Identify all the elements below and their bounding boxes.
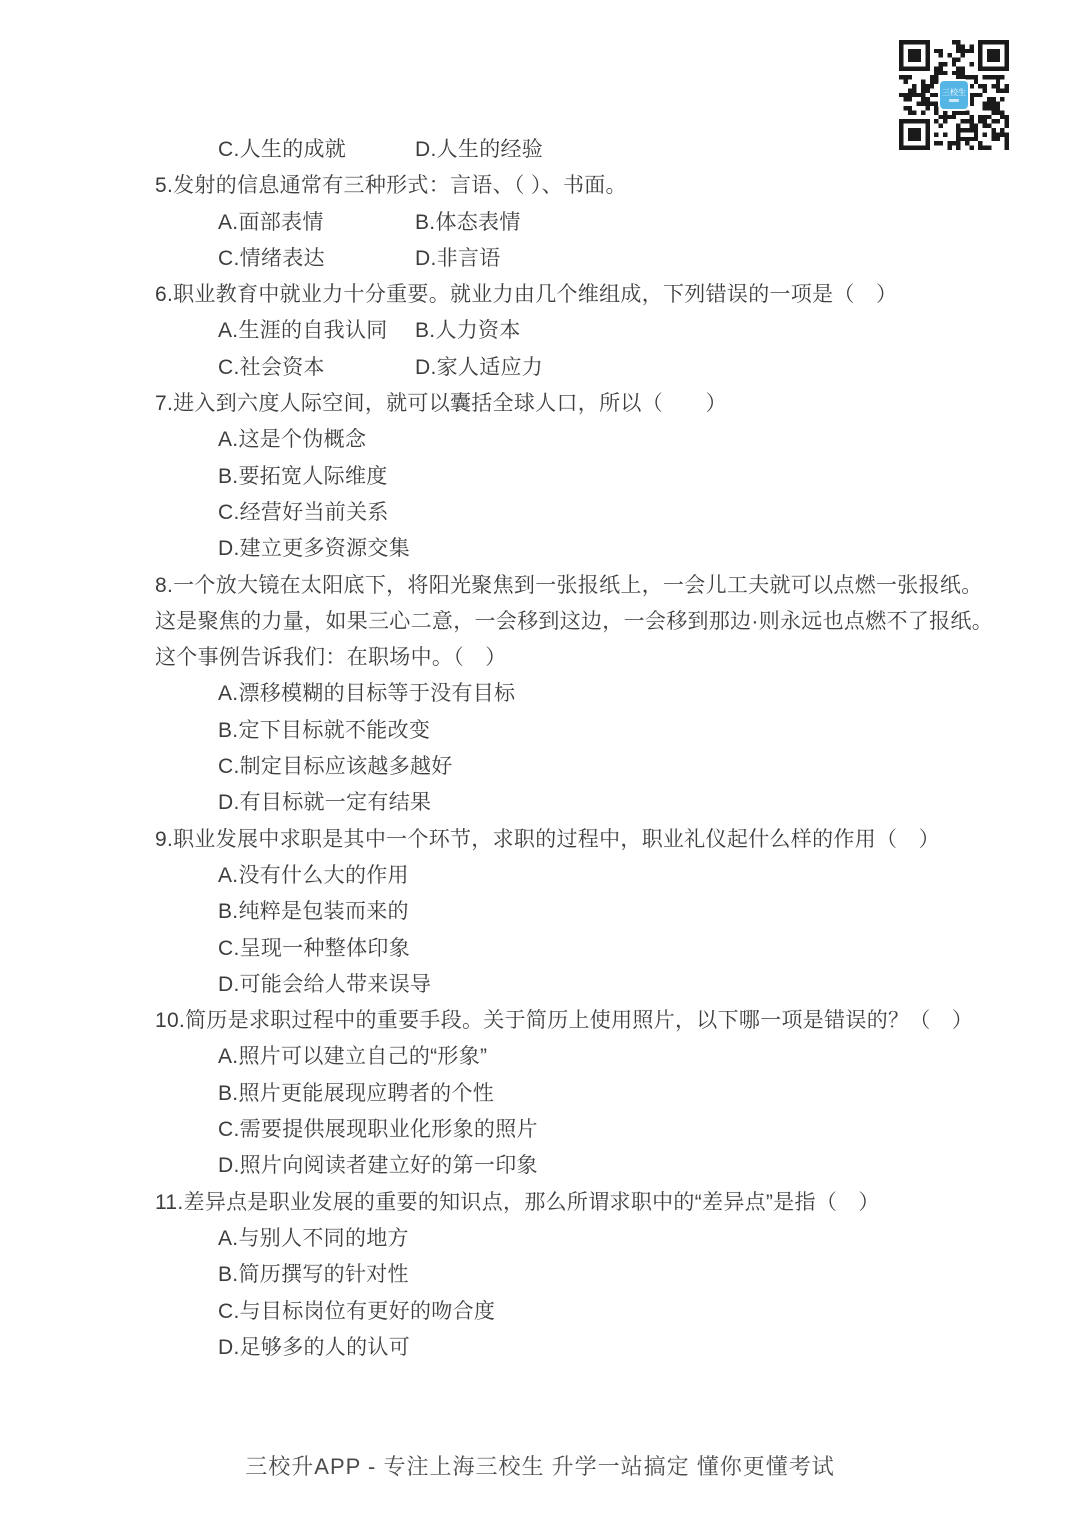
- question-text: 10.简历是求职过程中的重要手段。关于简历上使用照片，以下哪一项是错误的？（ ）: [0, 1003, 1080, 1039]
- option-b: B.体态表情: [415, 211, 521, 234]
- option-c: C.需要提供展现职业化形象的照片: [218, 1118, 538, 1141]
- option-a: A.漂移模糊的目标等于没有目标: [218, 682, 515, 705]
- option-b: B.照片更能展现应聘者的个性: [218, 1082, 494, 1105]
- option-d: D.人生的经验: [415, 138, 543, 161]
- option-c: C.呈现一种整体印象: [218, 937, 410, 960]
- option-row: A.生涯的自我认同B.人力资本: [0, 313, 1080, 349]
- option-row: C.经营好当前关系: [0, 495, 1080, 531]
- option-row: B.纯粹是包装而来的: [0, 894, 1080, 930]
- option-row: A.照片可以建立自己的“形象”: [0, 1039, 1080, 1075]
- option-row: C.情绪表达D.非言语: [0, 241, 1080, 277]
- option-a: A.生涯的自我认同: [218, 313, 415, 349]
- option-b: B.要拓宽人际维度: [218, 465, 388, 488]
- option-row: D.足够多的人的认可: [0, 1330, 1080, 1366]
- option-d: D.建立更多资源交集: [218, 537, 410, 560]
- option-a: A.与别人不同的地方: [218, 1227, 409, 1250]
- question-text: 11.差异点是职业发展的重要的知识点，那么所谓求职中的“差异点”是指（ ）: [0, 1185, 1080, 1221]
- option-row: C.制定目标应该越多越好: [0, 749, 1080, 785]
- option-row: A.面部表情B.体态表情: [0, 205, 1080, 241]
- footer-text: 三校升APP - 专注上海三校生 升学一站搞定 懂你更懂考试: [0, 1450, 1080, 1481]
- option-row: A.漂移模糊的目标等于没有目标: [0, 676, 1080, 712]
- option-row: B.要拓宽人际维度: [0, 459, 1080, 495]
- option-b: B.简历撰写的针对性: [218, 1263, 409, 1286]
- exam-page: 三校生 C.人生的成就D.人生的经验 5.发射的信息通常有三种形式：言语、（ ）…: [0, 0, 1080, 1527]
- option-d: D.非言语: [415, 247, 501, 270]
- option-row: D.建立更多资源交集: [0, 531, 1080, 567]
- question-text: 这是聚焦的力量，如果三心二意，一会移到这边，一会移到那边·则永远也点燃不了报纸。: [0, 604, 1080, 640]
- qr-logo: 三校生: [938, 79, 970, 111]
- option-row: B.定下目标就不能改变: [0, 713, 1080, 749]
- qr-logo-text: 三校生: [942, 88, 966, 97]
- option-d: D.家人适应力: [415, 356, 543, 379]
- option-c: C.社会资本: [218, 350, 415, 386]
- option-a: A.面部表情: [218, 205, 415, 241]
- option-row: B.照片更能展现应聘者的个性: [0, 1076, 1080, 1112]
- option-b: B.纯粹是包装而来的: [218, 900, 409, 923]
- option-c: C.情绪表达: [218, 241, 415, 277]
- option-c: C.与目标岗位有更好的吻合度: [218, 1300, 495, 1323]
- qr-code: 三校生: [899, 40, 1009, 150]
- option-row: D.照片向阅读者建立好的第一印象: [0, 1148, 1080, 1184]
- question-text: 9.职业发展中求职是其中一个环节，求职的过程中，职业礼仪起什么样的作用（ ）: [0, 822, 1080, 858]
- option-row: C.社会资本D.家人适应力: [0, 350, 1080, 386]
- question-text: 这个事例告诉我们：在职场中。（ ）: [0, 640, 1080, 676]
- question-text: 5.发射的信息通常有三种形式：言语、（ ）、书面。: [0, 168, 1080, 204]
- option-c: C.经营好当前关系: [218, 501, 389, 524]
- option-c: C.人生的成就: [218, 132, 415, 168]
- option-a: A.照片可以建立自己的“形象”: [218, 1045, 487, 1068]
- option-b: B.定下目标就不能改变: [218, 719, 430, 742]
- option-a: A.没有什么大的作用: [218, 864, 409, 887]
- question-text: 6.职业教育中就业力十分重要。就业力由几个维组成，下列错误的一项是（ ）: [0, 277, 1080, 313]
- option-d: D.足够多的人的认可: [218, 1336, 410, 1359]
- question-text: 7.进入到六度人际空间，就可以囊括全球人口，所以（ ）: [0, 386, 1080, 422]
- option-row: C.与目标岗位有更好的吻合度: [0, 1294, 1080, 1330]
- option-d: D.可能会给人带来误导: [218, 973, 431, 996]
- option-row: C.需要提供展现职业化形象的照片: [0, 1112, 1080, 1148]
- question-list: C.人生的成就D.人生的经验 5.发射的信息通常有三种形式：言语、（ ）、书面。…: [0, 0, 1080, 1366]
- option-d: D.照片向阅读者建立好的第一印象: [218, 1154, 538, 1177]
- option-d: D.有目标就一定有结果: [218, 791, 431, 814]
- question-text: 8.一个放大镜在太阳底下，将阳光聚焦到一张报纸上，一会儿工夫就可以点燃一张报纸。: [0, 568, 1080, 604]
- option-row: D.有目标就一定有结果: [0, 785, 1080, 821]
- option-a: A.这是个伪概念: [218, 428, 366, 451]
- option-row: B.简历撰写的针对性: [0, 1257, 1080, 1293]
- option-row: A.这是个伪概念: [0, 422, 1080, 458]
- option-b: B.人力资本: [415, 319, 521, 342]
- option-c: C.制定目标应该越多越好: [218, 755, 453, 778]
- option-row: A.没有什么大的作用: [0, 858, 1080, 894]
- option-row: A.与别人不同的地方: [0, 1221, 1080, 1257]
- option-row: C.呈现一种整体印象: [0, 931, 1080, 967]
- option-row: D.可能会给人带来误导: [0, 967, 1080, 1003]
